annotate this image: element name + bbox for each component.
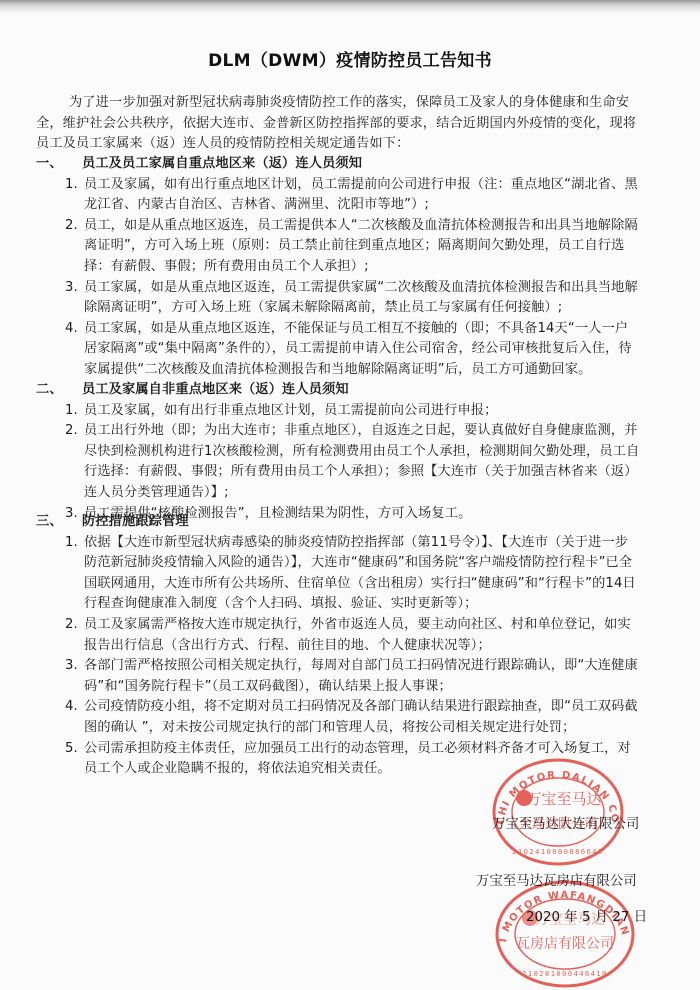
section-2: 二、 员工及家属自非重点地区来（返）连人员须知 1. 员工及家属，如有出行非重点… [36, 380, 656, 524]
seal-code: 210281000446410 [522, 970, 608, 978]
section-number: 二、 [36, 380, 82, 401]
list-item: 2. 员工，如是从重点地区返连，员工需提供本人“二次核酸及血清抗体检测报告和出具… [36, 216, 656, 278]
item-text: 员工及家属，如有出行非重点地区计划，员工需提前向公司进行申报； [84, 401, 641, 422]
company-seal-wafangdian: MABUCHI MOTOR WAFANGDIAN CO.,LTD. 万宝至马达 … [490, 876, 640, 988]
item-text: 员工家属，如是从重点地区返连，员工需提供家属“二次核酸及血清抗体检测报告和出具当… [84, 278, 641, 319]
section-3: 三、 防控措施跟踪管理 1. 依据【大连市新型冠状病毒感染的肺炎疫情防控指挥部（… [36, 512, 656, 780]
list-item: 1. 员工及家属，如有出行非重点地区计划，员工需提前向公司进行申报； [36, 401, 656, 422]
section-heading: 二、 员工及家属自非重点地区来（返）连人员须知 [36, 380, 656, 401]
notice-document: DLM（DWM）疫情防控员工告知书 为了进一步加强对新型冠状病毒肺炎疫情防控工作… [0, 0, 700, 990]
item-number: 2. [65, 421, 84, 503]
list-item: 4. 员工家属，如是从重点地区返连，不能保证与员工相互不接触的（即；不具备14天… [36, 319, 656, 381]
item-text: 各部门需严格按照公司相关规定执行，每周对自部门员工扫码情况进行跟踪确认，即“大连… [84, 656, 641, 697]
item-number: 1. [65, 175, 84, 216]
item-text: 公司疫情防疫小组，将不定期对员工扫码情况及各部门确认结果进行跟踪抽查，即“员工双… [84, 697, 641, 738]
section-number: 一、 [36, 154, 82, 175]
seal-center-line2: 瓦房店有限公司 [516, 935, 614, 952]
item-text: 员工出行外地（即；为出大连市；非重点地区），自返连之日起，要认真做好自身健康监测… [84, 421, 641, 503]
section-title: 员工及员工家属自重点地区来（返）连人员须知 [82, 154, 362, 175]
item-number: 2. [65, 216, 84, 278]
list-item: 1. 员工及家属，如有出行重点地区计划，员工需提前向公司进行申报（注：重点地区“… [36, 175, 656, 216]
item-text: 员工家属，如是从重点地区返连，不能保证与员工相互不接触的（即；不具备14天“一人… [84, 319, 641, 381]
section-heading: 一、 员工及员工家属自重点地区来（返）连人员须知 [36, 154, 656, 175]
item-text: 员工及家属，如有出行重点地区计划，员工需提前向公司进行申报（注：重点地区“湖北省… [84, 175, 641, 216]
item-number: 4. [65, 319, 84, 381]
intro-paragraph: 为了进一步加强对新型冠状病毒肺炎疫情防控工作的落实，保障员工及家人的身体健康和生… [36, 93, 648, 155]
seal-center-line1: 万宝至马达 [526, 790, 601, 808]
list-item: 3. 员工家属，如是从重点地区返连，员工需提供家属“二次核酸及血清抗体检测报告和… [36, 278, 656, 319]
list-item: 3. 各部门需严格按照公司相关规定执行，每周对自部门员工扫码情况进行跟踪确认，即… [36, 656, 656, 697]
signature-company-wafangdian: 万宝至马达瓦房店有限公司 [476, 870, 637, 889]
list-item: 2. 员工及家属需严格按大连市规定执行，外省市返连人员，要主动向社区、村和单位登… [36, 615, 656, 656]
document-title: DLM（DWM）疫情防控员工告知书 [0, 46, 700, 71]
section-heading: 三、 防控措施跟踪管理 [36, 512, 656, 533]
item-number: 4. [65, 697, 84, 738]
list-item: 4. 公司疫情防疫小组，将不定期对员工扫码情况及各部门确认结果进行跟踪抽查，即“… [36, 697, 656, 738]
section-number: 三、 [36, 512, 82, 533]
item-number: 3. [65, 656, 84, 697]
item-text: 员工，如是从重点地区返连，员工需提供本人“二次核酸及血清抗体检测报告和出具当地解… [84, 216, 641, 278]
signature-company-dalian: 万宝至马达大连有限公司 [492, 813, 639, 832]
list-item: 1. 依据【大连市新型冠状病毒感染的肺炎疫情防控指挥部（第11号令）】、【大连市… [36, 533, 656, 615]
signature-date: 2020 年 5 月 27 日 [526, 906, 647, 925]
item-text: 员工及家属需严格按大连市规定执行，外省市返连人员，要主动向社区、村和单位登记，如… [84, 615, 641, 656]
seal-code: 2102410000886640 [512, 848, 603, 856]
section-title: 防控措施跟踪管理 [82, 512, 189, 533]
item-text: 依据【大连市新型冠状病毒感染的肺炎疫情防控指挥部（第11号令）】、【大连市（关于… [84, 533, 641, 615]
item-number: 1. [65, 401, 84, 422]
item-number: 1. [65, 533, 84, 615]
section-title: 员工及家属自非重点地区来（返）连人员须知 [82, 380, 349, 401]
list-item: 2. 员工出行外地（即；为出大连市；非重点地区），自返连之日起，要认真做好自身健… [36, 421, 656, 503]
section-1: 一、 员工及员工家属自重点地区来（返）连人员须知 1. 员工及家属，如有出行重点… [36, 154, 656, 381]
item-number: 3. [65, 278, 84, 319]
item-number: 5. [65, 739, 84, 780]
company-seal-dalian: MABUCHI MOTOR DALIAN CO.,LTD. 万宝至马达 大连有限… [488, 754, 628, 870]
item-number: 2. [65, 615, 84, 656]
